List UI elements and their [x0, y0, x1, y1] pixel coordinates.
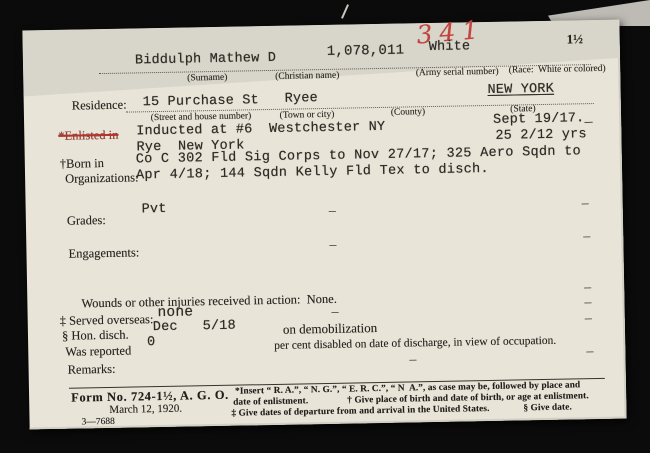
- blank-dash: –: [584, 296, 591, 311]
- print-code: 3—7688: [82, 418, 115, 429]
- disability-value: 0: [147, 336, 156, 350]
- christian-name-label: (Christian name): [275, 72, 339, 83]
- blank-dash: –: [583, 230, 590, 245]
- grades-label: Grades:: [67, 214, 106, 228]
- street-value: 15 Purchase St: [143, 94, 259, 110]
- served-overseas-label: ‡ Served overseas:: [60, 313, 154, 328]
- footnote-give-date: § Give date.: [523, 403, 572, 414]
- serial-value: 1,078,011: [327, 44, 405, 60]
- footnote-departure: ‡ Give dates of departure from and arriv…: [231, 405, 489, 419]
- hon-disch-value: Dec 5/18: [153, 320, 236, 336]
- name-value: Biddulph Mathew D: [135, 52, 276, 69]
- blank-dash: –: [584, 281, 591, 296]
- blank-dash: –: [329, 239, 336, 254]
- age-value: 25 2/12 yrs: [495, 128, 587, 144]
- born-in-label: †Born in: [60, 157, 104, 171]
- scan-background: 341 1½ Biddulph Mathew D 1,078,011 White…: [0, 0, 650, 453]
- card-size-note: 1½: [567, 32, 583, 46]
- blank-dash: –: [329, 205, 336, 220]
- organizations-label: Organizations:: [65, 171, 139, 185]
- residence-label: Residence:: [72, 99, 127, 113]
- remarks-label: Remarks:: [68, 363, 116, 377]
- enlistment-date-value: Sept 19/17._: [493, 112, 593, 128]
- race-value: White: [429, 40, 471, 55]
- blank-dash: –: [582, 197, 589, 212]
- state-value: NEW YORK: [487, 83, 554, 98]
- county-label: (County): [391, 108, 425, 119]
- blank-dash: –: [586, 345, 593, 360]
- blank-dash: –: [409, 353, 416, 368]
- hon-disch-label: § Hon. disch.: [62, 329, 129, 343]
- serial-label: (Army serial number): [416, 68, 499, 79]
- race-label: (Race: White or colored): [509, 65, 606, 77]
- blank-dash: –: [585, 312, 592, 327]
- blank-dash: –: [331, 306, 338, 321]
- inducted-value: Inducted at #6 Westchester NY: [136, 121, 385, 140]
- was-reported-label: Was reported: [65, 345, 131, 359]
- demobilization-note: on demobilization: [283, 321, 377, 336]
- town-value: Ryee: [285, 92, 318, 107]
- wounds-line: Wounds or other injuries received in act…: [81, 293, 337, 311]
- grades-value: Pvt: [142, 203, 167, 218]
- surname-label: (Surname): [187, 74, 227, 85]
- form-date: March 12, 1920.: [109, 404, 182, 417]
- disability-note: per cent disabled on date of discharge, …: [274, 335, 556, 352]
- enlisted-in-label: *Enlisted in: [58, 129, 118, 143]
- scan-scratch-mark: [341, 4, 349, 19]
- engagements-label: Engagements:: [68, 246, 139, 260]
- record-card: 341 1½ Biddulph Mathew D 1,078,011 White…: [22, 20, 626, 430]
